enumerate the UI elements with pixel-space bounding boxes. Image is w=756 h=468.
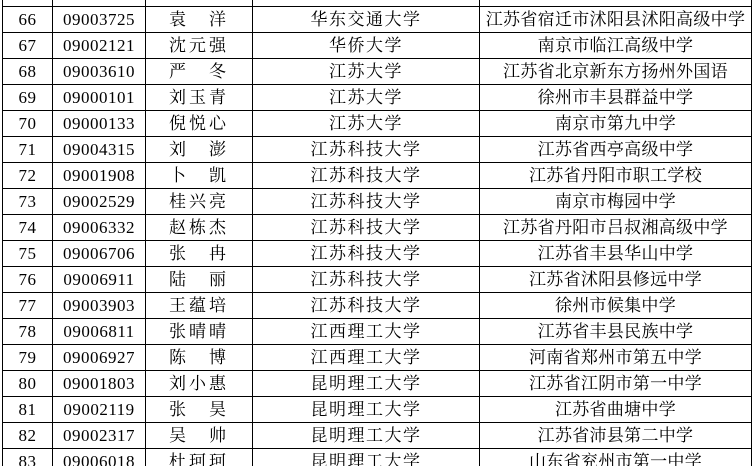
- cell-row-number: 78: [3, 318, 53, 344]
- cell-row-number: 83: [3, 448, 53, 466]
- cell-university: 江苏科技大学: [253, 214, 480, 240]
- cell-name: 卜 凯: [146, 162, 253, 188]
- table-row: 7809006811张晴晴江西理工大学江苏省丰县民族中学: [3, 318, 752, 344]
- table-row: 7609006911陆 丽江苏科技大学江苏省沭阳县修远中学: [3, 266, 752, 292]
- cell-student-id: 09006811: [53, 318, 146, 344]
- cell-row-number: 73: [3, 188, 53, 214]
- cell-row-number: 77: [3, 292, 53, 318]
- cell-student-id: 09006706: [53, 240, 146, 266]
- cell-row-number: 74: [3, 214, 53, 240]
- cell-university: 江苏科技大学: [253, 292, 480, 318]
- cell-high-school: 江苏省曲塘中学: [480, 396, 752, 422]
- cell-row-number: 71: [3, 136, 53, 162]
- cell-row-number: 76: [3, 266, 53, 292]
- cell-high-school: 江苏省丹阳市职工学校: [480, 162, 752, 188]
- cell-name: 陈 博: [146, 344, 253, 370]
- cell-row-number: 79: [3, 344, 53, 370]
- cell-student-id: 09006911: [53, 266, 146, 292]
- cell-name: 刘小惠: [146, 370, 253, 396]
- cell-university: 昆明理工大学: [253, 448, 480, 466]
- cell-row-number: 72: [3, 162, 53, 188]
- table-row: 8309006018杜珂珂昆明理工大学山东省兖州市第一中学: [3, 448, 752, 466]
- cell-university: 江苏大学: [253, 84, 480, 110]
- roster-body: 6609003725袁 洋华东交通大学江苏省宿迁市沭阳县沭阳高级中学670900…: [3, 0, 752, 466]
- cell-high-school: 江苏省北京新东方扬州外国语: [480, 58, 752, 84]
- cell-student-id: 09000101: [53, 84, 146, 110]
- cell-row-number: 81: [3, 396, 53, 422]
- cell-student-id: 09000133: [53, 110, 146, 136]
- cell-name: 张晴晴: [146, 318, 253, 344]
- cell-name: 刘玉青: [146, 84, 253, 110]
- cell-name: 倪悦心: [146, 110, 253, 136]
- table-row: 8109002119张 昊昆明理工大学江苏省曲塘中学: [3, 396, 752, 422]
- table-row: 7409006332赵栋杰江苏科技大学江苏省丹阳市吕叔湘高级中学: [3, 214, 752, 240]
- cell-name: 张 冉: [146, 240, 253, 266]
- cell-high-school: 江苏省丹阳市吕叔湘高级中学: [480, 214, 752, 240]
- table-row: 8209002317吴 帅昆明理工大学江苏省沛县第二中学: [3, 422, 752, 448]
- cell-row-number: 66: [3, 6, 53, 32]
- cell-university: 昆明理工大学: [253, 422, 480, 448]
- table-row: 7709003903王蕴培江苏科技大学徐州市候集中学: [3, 292, 752, 318]
- cell-university: 江苏科技大学: [253, 266, 480, 292]
- cell-high-school: 江苏省江阴市第一中学: [480, 370, 752, 396]
- cell-university: 江苏科技大学: [253, 240, 480, 266]
- cell-high-school: 徐州市候集中学: [480, 292, 752, 318]
- table-row: 6809003610严 冬江苏大学江苏省北京新东方扬州外国语: [3, 58, 752, 84]
- cell-university: 江苏科技大学: [253, 162, 480, 188]
- cell-university: 江苏科技大学: [253, 136, 480, 162]
- cell-university: 华侨大学: [253, 32, 480, 58]
- cell-student-id: 09002119: [53, 396, 146, 422]
- table-row: 6709002121沈元强华侨大学南京市临江高级中学: [3, 32, 752, 58]
- cell-student-id: 09006332: [53, 214, 146, 240]
- cell-high-school: 江苏省沭阳县修远中学: [480, 266, 752, 292]
- table-row: 7109004315刘 澎江苏科技大学江苏省西亭高级中学: [3, 136, 752, 162]
- page: { "colors": { "background": "#ffffff", "…: [0, 0, 756, 468]
- cell-row-number: 67: [3, 32, 53, 58]
- cell-university: 江苏科技大学: [253, 188, 480, 214]
- cell-student-id: 09003725: [53, 6, 146, 32]
- cell-high-school: 江苏省沛县第二中学: [480, 422, 752, 448]
- cell-student-id: 09006927: [53, 344, 146, 370]
- table-row: 7009000133倪悦心江苏大学南京市第九中学: [3, 110, 752, 136]
- cell-high-school: 南京市第九中学: [480, 110, 752, 136]
- cell-university: 昆明理工大学: [253, 370, 480, 396]
- table-row: 7209001908卜 凯江苏科技大学江苏省丹阳市职工学校: [3, 162, 752, 188]
- table-row: 7909006927陈 博江西理工大学河南省郑州市第五中学: [3, 344, 752, 370]
- cell-student-id: 09006018: [53, 448, 146, 466]
- cell-high-school: 徐州市丰县群益中学: [480, 84, 752, 110]
- cell-row-number: 70: [3, 110, 53, 136]
- cell-name: 吴 帅: [146, 422, 253, 448]
- cell-high-school: 山东省兖州市第一中学: [480, 448, 752, 466]
- table-row: 6909000101刘玉青江苏大学徐州市丰县群益中学: [3, 84, 752, 110]
- cell-high-school: 河南省郑州市第五中学: [480, 344, 752, 370]
- cell-name: 赵栋杰: [146, 214, 253, 240]
- cell-name: 桂兴亮: [146, 188, 253, 214]
- cell-student-id: 09001803: [53, 370, 146, 396]
- cell-student-id: 09003610: [53, 58, 146, 84]
- cell-university: 江西理工大学: [253, 344, 480, 370]
- cell-student-id: 09003903: [53, 292, 146, 318]
- cell-name: 沈元强: [146, 32, 253, 58]
- cell-student-id: 09001908: [53, 162, 146, 188]
- cell-name: 刘 澎: [146, 136, 253, 162]
- cell-student-id: 09002121: [53, 32, 146, 58]
- cell-name: 陆 丽: [146, 266, 253, 292]
- cell-row-number: 68: [3, 58, 53, 84]
- cell-student-id: 09002317: [53, 422, 146, 448]
- cell-university: 江苏大学: [253, 58, 480, 84]
- cell-name: 王蕴培: [146, 292, 253, 318]
- table-row: 7509006706张 冉江苏科技大学江苏省丰县华山中学: [3, 240, 752, 266]
- table-viewport: 6609003725袁 洋华东交通大学江苏省宿迁市沭阳县沭阳高级中学670900…: [2, 0, 754, 466]
- cell-university: 昆明理工大学: [253, 396, 480, 422]
- cell-student-id: 09004315: [53, 136, 146, 162]
- cell-high-school: 南京市梅园中学: [480, 188, 752, 214]
- cell-name: 杜珂珂: [146, 448, 253, 466]
- cell-row-number: 75: [3, 240, 53, 266]
- cell-student-id: 09002529: [53, 188, 146, 214]
- cell-row-number: 82: [3, 422, 53, 448]
- roster-table: 6609003725袁 洋华东交通大学江苏省宿迁市沭阳县沭阳高级中学670900…: [2, 0, 752, 466]
- cell-row-number: 69: [3, 84, 53, 110]
- table-row: 7309002529桂兴亮江苏科技大学南京市梅园中学: [3, 188, 752, 214]
- cell-high-school: 江苏省西亭高级中学: [480, 136, 752, 162]
- cell-high-school: 江苏省丰县民族中学: [480, 318, 752, 344]
- cell-name: 张 昊: [146, 396, 253, 422]
- cell-row-number: 80: [3, 370, 53, 396]
- table-row: 8009001803刘小惠昆明理工大学江苏省江阴市第一中学: [3, 370, 752, 396]
- cell-university: 华东交通大学: [253, 6, 480, 32]
- cell-high-school: 南京市临江高级中学: [480, 32, 752, 58]
- cell-high-school: 江苏省宿迁市沭阳县沭阳高级中学: [480, 6, 752, 32]
- cell-university: 江苏大学: [253, 110, 480, 136]
- cell-name: 严 冬: [146, 58, 253, 84]
- table-row: 6609003725袁 洋华东交通大学江苏省宿迁市沭阳县沭阳高级中学: [3, 6, 752, 32]
- cell-university: 江西理工大学: [253, 318, 480, 344]
- cell-high-school: 江苏省丰县华山中学: [480, 240, 752, 266]
- cell-name: 袁 洋: [146, 6, 253, 32]
